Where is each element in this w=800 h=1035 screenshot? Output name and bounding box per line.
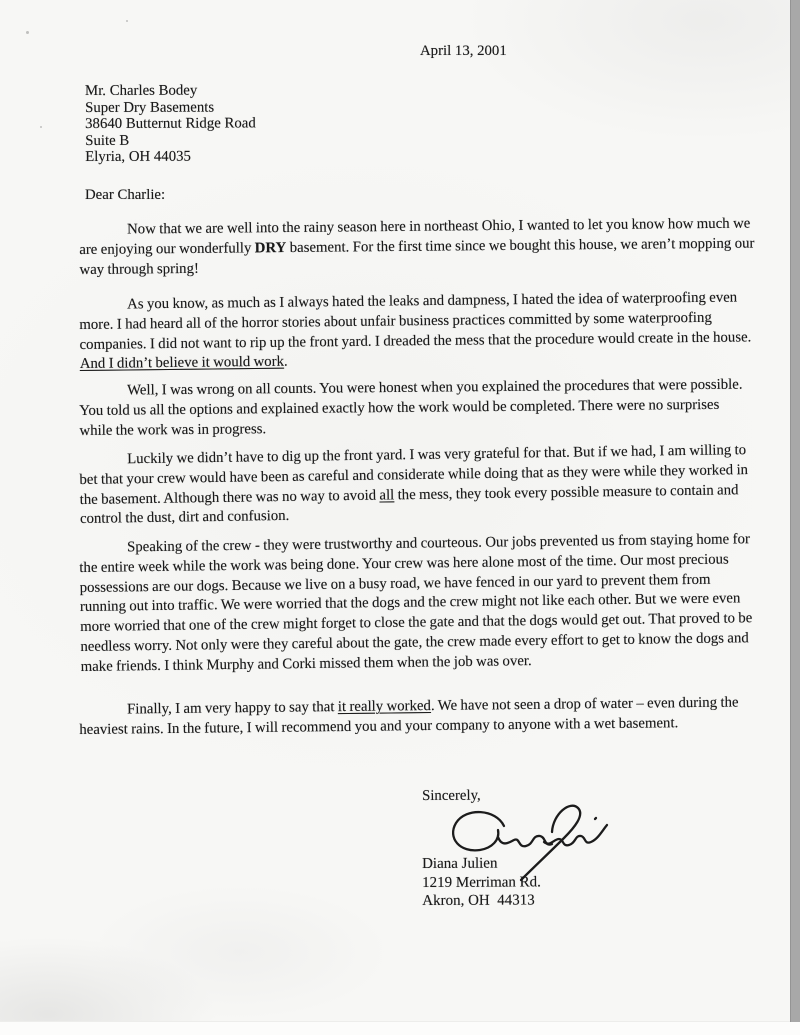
scanned-letter-page: April 13, 2001 Mr. Charles Bodey Super D… — [0, 0, 800, 1035]
letter-paragraph-1: Now that we are well into the rainy seas… — [79, 215, 756, 281]
scan-speck — [26, 31, 29, 34]
scan-bottom-edge — [0, 1021, 800, 1035]
letter-paragraph-3: Well, I was wrong on all counts. You wer… — [79, 376, 756, 442]
scan-speck — [126, 20, 128, 22]
letter-paragraph-6: Finally, I am very happy to say that it … — [79, 693, 755, 740]
sender-address-block: Diana Julien 1219 Merriman Rd. Akron, OH… — [422, 854, 541, 910]
letter-paragraph-4: Luckily we didn’t have to dig up the fro… — [79, 441, 756, 530]
scan-speck — [40, 126, 42, 128]
letter-paragraph-5: Speaking of the crew - they were trustwo… — [79, 530, 757, 677]
scan-right-edge — [790, 0, 800, 1022]
recipient-address-block: Mr. Charles Bodey Super Dry Basements 38… — [85, 82, 256, 165]
letter-paragraph-2: As you know, as much as I always hated t… — [79, 288, 756, 375]
salutation: Dear Charlie: — [85, 186, 165, 206]
letter-date: April 13, 2001 — [420, 42, 507, 62]
